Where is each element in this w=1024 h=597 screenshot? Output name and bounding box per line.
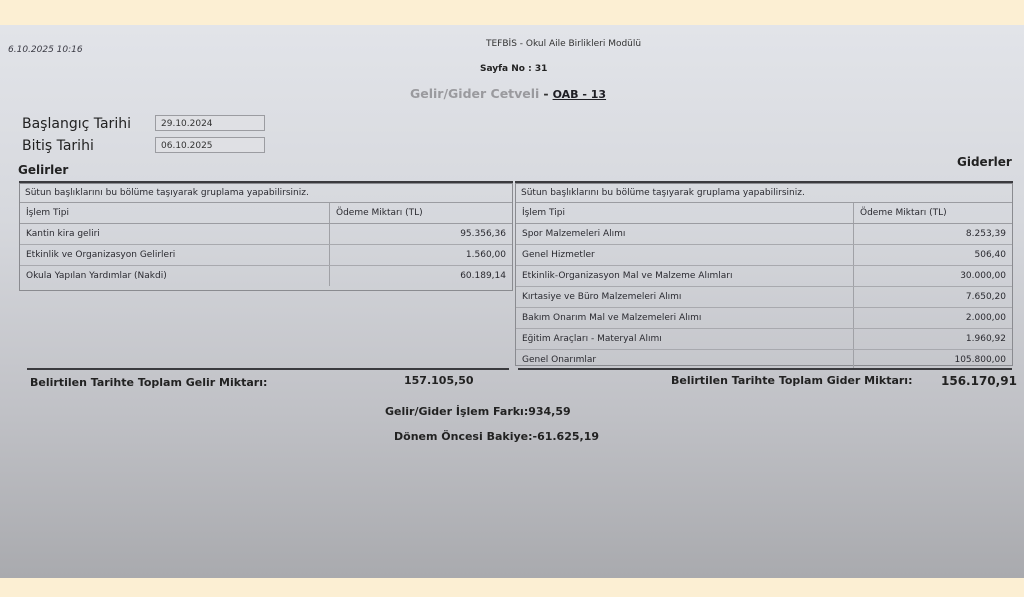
expense-row-amount: 30.000,00 <box>854 266 1012 286</box>
income-row[interactable]: Etkinlik ve Organizasyon Gelirleri1.560,… <box>20 245 512 266</box>
expense-row[interactable]: Kırtasiye ve Büro Malzemeleri Alımı7.650… <box>516 287 1012 308</box>
expense-row[interactable]: Genel Hizmetler506,40 <box>516 245 1012 266</box>
income-total-rule <box>27 368 509 370</box>
expense-row-type: Kırtasiye ve Büro Malzemeleri Alımı <box>516 287 854 307</box>
income-row-type: Okula Yapılan Yardımlar (Nakdi) <box>20 266 330 286</box>
income-row-amount: 60.189,14 <box>330 266 512 286</box>
income-expense-difference: Gelir/Gider İşlem Farkı:934,59 <box>385 405 571 418</box>
expense-row-amount: 105.800,00 <box>854 350 1012 370</box>
expense-row-type: Bakım Onarım Mal ve Malzemeleri Alımı <box>516 308 854 328</box>
income-heading: Gelirler <box>18 163 68 177</box>
income-row-type: Kantin kira geliri <box>20 224 330 244</box>
income-row-amount: 1.560,00 <box>330 245 512 265</box>
expense-row[interactable]: Etkinlik-Organizasyon Mal ve Malzeme Alı… <box>516 266 1012 287</box>
income-row-type: Etkinlik ve Organizasyon Gelirleri <box>20 245 330 265</box>
expense-row-amount: 8.253,39 <box>854 224 1012 244</box>
expenses-total-rule <box>518 368 1012 370</box>
start-date-field[interactable]: 29.10.2024 <box>155 115 265 131</box>
page-number: Sayfa No : 31 <box>480 64 547 74</box>
income-group-panel[interactable]: Sütun başlıklarını bu bölüme taşıyarak g… <box>20 184 512 203</box>
expense-row-type: Genel Onarımlar <box>516 350 854 370</box>
expenses-group-panel[interactable]: Sütun başlıklarını bu bölüme taşıyarak g… <box>516 184 1012 203</box>
income-grid-top-rule <box>19 181 513 183</box>
expense-row-type: Spor Malzemeleri Alımı <box>516 224 854 244</box>
expense-row[interactable]: Eğitim Araçları - Materyal Alımı1.960,92 <box>516 329 1012 350</box>
title-separator: - <box>543 86 548 101</box>
end-date-field[interactable]: 06.10.2025 <box>155 137 265 153</box>
module-name: TEFBİS - Okul Aile Birlikleri Modülü <box>486 39 641 49</box>
income-col-amount[interactable]: Ödeme Miktarı (TL) <box>330 203 512 223</box>
expenses-col-amount[interactable]: Ödeme Miktarı (TL) <box>854 203 1012 223</box>
expenses-header-row: İşlem Tipi Ödeme Miktarı (TL) <box>516 203 1012 224</box>
expense-row-type: Genel Hizmetler <box>516 245 854 265</box>
expense-row-amount: 2.000,00 <box>854 308 1012 328</box>
expense-row-amount: 506,40 <box>854 245 1012 265</box>
expenses-total-value: 156.170,91 <box>941 374 1017 388</box>
expense-row[interactable]: Bakım Onarım Mal ve Malzemeleri Alımı2.0… <box>516 308 1012 329</box>
expense-row[interactable]: Genel Onarımlar105.800,00 <box>516 350 1012 370</box>
income-row-amount: 95.356,36 <box>330 224 512 244</box>
expenses-col-type[interactable]: İşlem Tipi <box>516 203 854 223</box>
expense-row-amount: 1.960,92 <box>854 329 1012 349</box>
report-title: Gelir/Gider Cetveli-OAB - 13 <box>410 86 606 101</box>
income-row[interactable]: Okula Yapılan Yardımlar (Nakdi)60.189,14 <box>20 266 512 286</box>
expenses-total-label: Belirtilen Tarihte Toplam Gider Miktarı: <box>671 374 912 387</box>
expenses-grid: Sütun başlıklarını bu bölüme taşıyarak g… <box>515 183 1013 366</box>
start-date-label: Başlangıç Tarihi <box>22 116 131 132</box>
expense-row-type: Etkinlik-Organizasyon Mal ve Malzeme Alı… <box>516 266 854 286</box>
income-total-value: 157.105,50 <box>404 374 474 387</box>
print-timestamp: 6.10.2025 10:16 <box>8 45 83 55</box>
report-code: OAB - 13 <box>553 88 607 101</box>
report-paper: 6.10.2025 10:16 TEFBİS - Okul Aile Birli… <box>0 25 1024 578</box>
income-rows: Kantin kira geliri95.356,36Etkinlik ve O… <box>20 224 512 286</box>
income-col-type[interactable]: İşlem Tipi <box>20 203 330 223</box>
income-header-row: İşlem Tipi Ödeme Miktarı (TL) <box>20 203 512 224</box>
previous-period-balance: Dönem Öncesi Bakiye:-61.625,19 <box>394 430 599 443</box>
expense-row-type: Eğitim Araçları - Materyal Alımı <box>516 329 854 349</box>
expense-row-amount: 7.650,20 <box>854 287 1012 307</box>
end-date-label: Bitiş Tarihi <box>22 138 94 154</box>
expense-row[interactable]: Spor Malzemeleri Alımı8.253,39 <box>516 224 1012 245</box>
expenses-heading: Giderler <box>957 155 1012 169</box>
report-title-text: Gelir/Gider Cetveli <box>410 86 539 101</box>
income-row[interactable]: Kantin kira geliri95.356,36 <box>20 224 512 245</box>
expenses-grid-top-rule <box>515 181 1013 183</box>
income-grid: Sütun başlıklarını bu bölüme taşıyarak g… <box>19 183 513 291</box>
income-total-label: Belirtilen Tarihte Toplam Gelir Miktarı: <box>30 376 267 389</box>
expense-rows: Spor Malzemeleri Alımı8.253,39Genel Hizm… <box>516 224 1012 370</box>
